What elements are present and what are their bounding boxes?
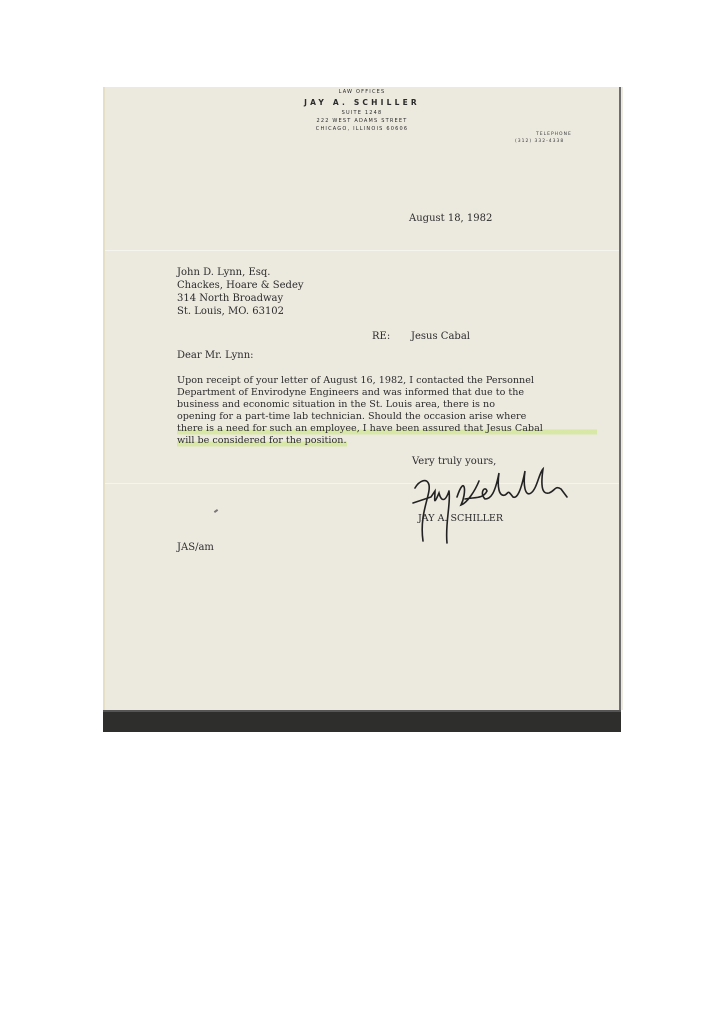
body-line-highlighted: will be considered for the position. [177,435,347,447]
body-line-highlighted: there is a need for such an employee, I … [177,423,597,435]
telephone-label: TELEPHONE [536,132,572,137]
body-line: opening for a part-time lab technician. … [177,411,597,423]
re-subject: Jesus Cabal [411,331,470,343]
recipient-line: John D. Lynn, Esq. [177,267,270,279]
letterhead-suite: SUITE 1248 [103,110,621,116]
signature-name: JAY A. SCHILLER [418,513,503,525]
letterhead-name: JAY A. SCHILLER [103,98,621,107]
scan-bottom-band [103,710,621,732]
letter-body: Upon receipt of your letter of August 16… [177,375,597,447]
fold-line [105,250,619,251]
recipient-line: 314 North Broadway [177,293,283,305]
letterhead-heading: LAW OFFICES [103,89,621,95]
recipient-line: Chackes, Hoare & Sedey [177,280,304,292]
body-line: Department of Envirodyne Engineers and w… [177,387,597,399]
recipient-line: St. Louis, MO. 63102 [177,306,284,318]
body-line: business and economic situation in the S… [177,399,597,411]
telephone-number: (312) 332-4338 [515,139,564,144]
letter-date: August 18, 1982 [409,213,492,225]
letterhead-street: 222 WEST ADAMS STREET [103,118,621,124]
page-edge [619,87,621,732]
salutation: Dear Mr. Lynn: [177,350,254,362]
initials: JAS/am [177,542,214,554]
signature [405,463,585,548]
re-label: RE: [372,331,390,343]
body-line: Upon receipt of your letter of August 16… [177,375,597,387]
